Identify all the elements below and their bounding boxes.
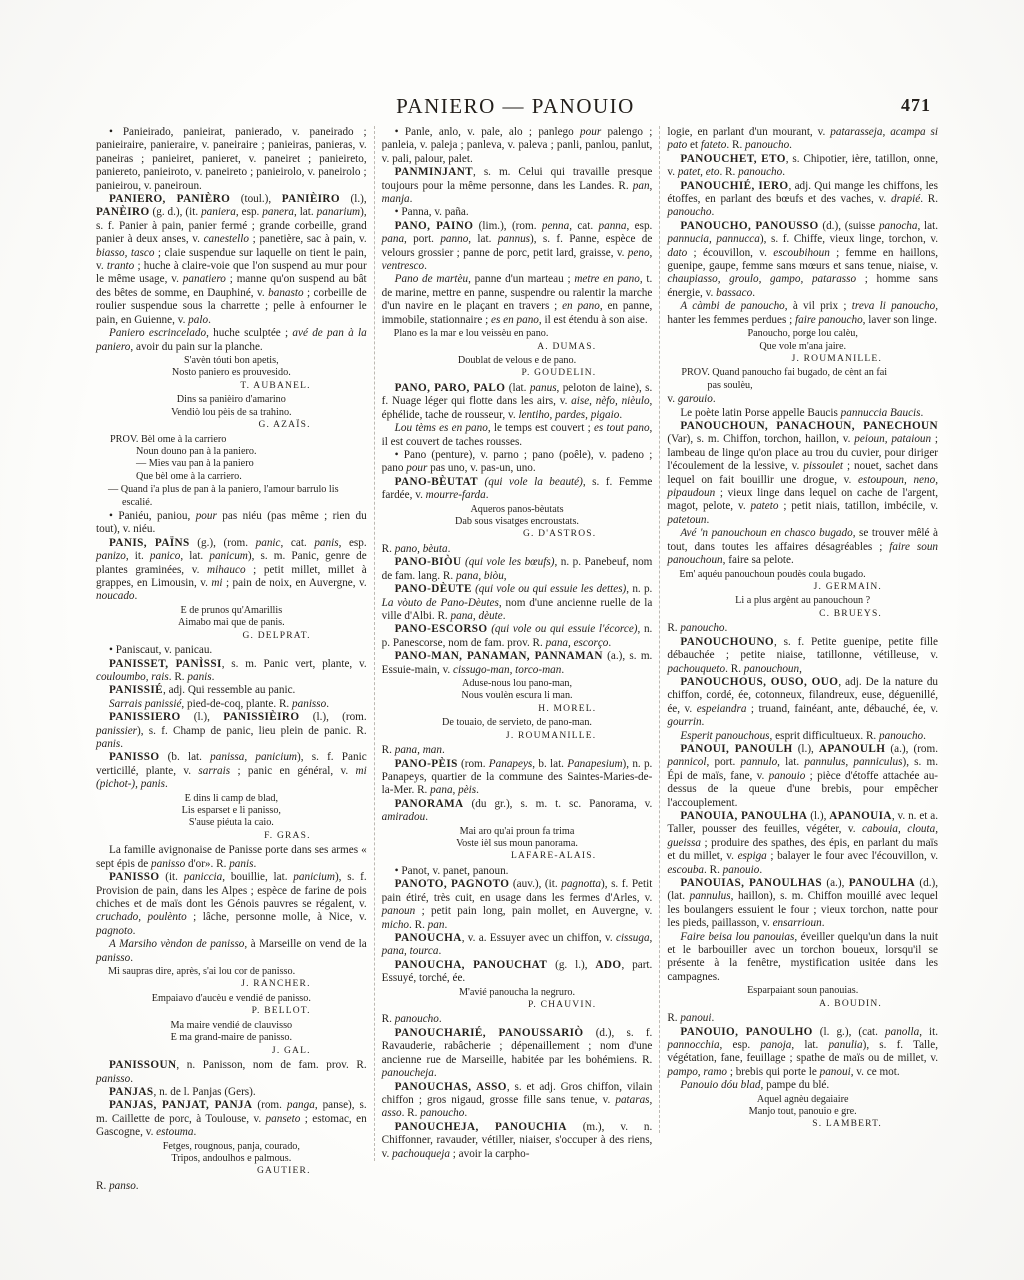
dictionary-entry: PANJAS, PANJAT, PANJA (rom. panga, panse… xyxy=(96,1099,367,1139)
dictionary-entry: PANOUCHA, PANOUCHAT (g. l.), ADO, part. … xyxy=(382,959,653,986)
proverb: Plano es la mar e lou veissèu en pano. xyxy=(382,328,653,340)
paragraph: logie, en parlant d'un mourant, v. patar… xyxy=(667,126,938,153)
dictionary-entry: PANOUIO, PANOULHO (l. g.), (cat. panolla… xyxy=(667,1026,938,1080)
dictionary-entry: PANISSO (b. lat. panissa, panicium), s. … xyxy=(96,751,367,791)
dictionary-entry: La famille avignonaise de Panisse porte … xyxy=(96,844,367,871)
dictionary-entry: • Paniéu, paniou, pour pas niéu (pas mêm… xyxy=(96,510,367,537)
paragraph: R. panoucho. xyxy=(667,622,938,635)
verse-line: Dins sa panièiro d'amarino xyxy=(96,394,367,406)
verse-quote: E de prunos qu'AmarillisAimabo mai que d… xyxy=(96,605,367,630)
verse-line: Doublat de velous e de pano. xyxy=(382,355,653,367)
proverb: — Quand i'a plus de pan à la paniero, l'… xyxy=(96,484,367,509)
verse-line: Nosto paniero es prouvesido. xyxy=(96,367,367,379)
paragraph: v. garouio. xyxy=(667,393,938,406)
column-3: logie, en parlant d'un mourant, v. patar… xyxy=(659,126,938,1133)
verse-line: Lis esparset e li panisso, xyxy=(96,805,367,817)
verse-line: — Mies vau pan à la paniero xyxy=(110,458,367,470)
dictionary-entry: Paniero escrincelado, huche sculptée ; a… xyxy=(96,327,367,354)
verse-line: Tripos, andoulhos e palmous. xyxy=(96,1153,367,1165)
verse-line: Vendiò lou pèis de sa trahino. xyxy=(96,407,367,419)
dictionary-entry: • Panle, anlo, v. pale, alo ; panlego po… xyxy=(382,126,653,166)
attribution: J. RANCHER. xyxy=(96,979,367,991)
dictionary-entry: Avé 'n panouchoun en chasco bugado, se t… xyxy=(667,527,938,567)
verse-line: Panoucho, porge lou calèu, xyxy=(667,328,938,340)
attribution: G. D'ASTROS. xyxy=(382,529,653,541)
verse-line: Li a plus argènt au panouchoun ? xyxy=(667,595,938,607)
attribution: C. BRUEYS. xyxy=(667,609,938,621)
attribution: J. ROUMANILLE. xyxy=(667,354,938,366)
verse-quote: Mai aro qu'ai proun fa trimaVoste ièl su… xyxy=(382,826,653,851)
verse-line: Que bèl ome à la carriero. xyxy=(110,471,367,483)
column-1: • Panieirado, panieirat, panierado, v. p… xyxy=(96,126,367,1193)
attribution: F. GRAS. xyxy=(96,831,367,843)
verse-quote: Empaiavo d'aucèu e vendié de panisso. xyxy=(96,993,367,1005)
dictionary-entry: • Panna, v. paña. xyxy=(382,206,653,219)
running-head: PANIERO — PANOUIO 471 xyxy=(96,94,935,118)
verse-line: De touaio, de servieto, de pano-man. xyxy=(382,717,653,729)
verse-line: Voste ièl sus moun panorama. xyxy=(382,838,653,850)
page-title: PANIERO — PANOUIO xyxy=(96,94,935,119)
dictionary-entry: A càmbi de panoucho, à vil prix ; treva … xyxy=(667,300,938,327)
paragraph: R. pana, man. xyxy=(382,744,653,757)
verse-line: E ma grand-maire de panisso. xyxy=(96,1032,367,1044)
dictionary-entry: • Panot, v. panet, panoun. xyxy=(382,865,653,878)
dictionary-entry: PANOUCHAS, ASSO, s. et adj. Gros chiffon… xyxy=(382,1081,653,1121)
dictionary-entry: PANOUCHIÉ, IERO, adj. Qui mange les chif… xyxy=(667,180,938,220)
page-number: 471 xyxy=(901,95,931,116)
dictionary-entry: PANOUIAS, PANOULHAS (a.), PANOULHA (d.),… xyxy=(667,877,938,931)
attribution: LAFARE-ALAIS. xyxy=(382,851,653,863)
dictionary-entry: PANOUI, PANOULH (l.), APANOULH (a.), (ro… xyxy=(667,743,938,810)
verse-line: Noun douno pan à la paniero. xyxy=(110,446,367,458)
dictionary-entry: PANOTO, PAGNOTO (auv.), (it. pagnotta), … xyxy=(382,878,653,932)
dictionary-entry: PANOUCHOUN, PANACHOUN, PANECHOUN (Var), … xyxy=(667,420,938,527)
verse-quote: Aqueros panos-bèutatsDab sous visatges e… xyxy=(382,504,653,529)
dictionary-entry: PANOUIA, PANOULHA (l.), APANOUIA, v. n. … xyxy=(667,810,938,877)
dictionary-entry: PANOUCHOUS, OUSO, OUO, adj. De la nature… xyxy=(667,676,938,730)
dictionary-entry: PANIS, PAÏNS (g.), (rom. panic, cat. pan… xyxy=(96,537,367,604)
column-2: • Panle, anlo, v. pale, alo ; panlego po… xyxy=(374,126,653,1161)
attribution: J. GERMAIN. xyxy=(667,582,938,594)
verse-line: Aduse-nous lou pano-man, xyxy=(382,678,653,690)
proverb: Em' aquéu panouchoun poudès coula bugado… xyxy=(667,569,938,581)
verse-line: E dins li camp de blad, xyxy=(96,793,367,805)
verse-quote: S'avèn tóuti bon apetis,Nosto paniero es… xyxy=(96,355,367,380)
dictionary-entry: PANISSET, PANÌSSI, s. m. Panic vert, pla… xyxy=(96,658,367,685)
dictionary-entry: Lou tèms es en pano, le temps est couver… xyxy=(382,422,653,449)
text-columns: • Panieirado, panieirat, panierado, v. p… xyxy=(96,126,938,1193)
verse-line: M'avié panoucha la negruro. xyxy=(382,987,653,999)
attribution: T. AUBANEL. xyxy=(96,381,367,393)
dictionary-entry: Le poète latin Porse appelle Baucis pann… xyxy=(667,407,938,420)
proverb-quote: PROV. Bèl ome à la carrieroNoun douno pa… xyxy=(96,434,367,484)
paragraph: R. panso. xyxy=(96,1180,367,1193)
verse-line: Mai aro qu'ai proun fa trima xyxy=(382,826,653,838)
dictionary-entry: Sarrais panissié, pied-de-coq, plante. R… xyxy=(96,698,367,711)
dictionary-entry: PANO-BIÒU (qui vole les bœufs), n. p. Pa… xyxy=(382,556,653,583)
verse-quote: Aquel agnèu degaiaireManjo tout, panouio… xyxy=(667,1094,938,1119)
verse-line: pas soulèu, xyxy=(681,380,938,392)
verse-line: Fetges, rougnous, panja, courado, xyxy=(96,1141,367,1153)
verse-line: E de prunos qu'Amarillis xyxy=(96,605,367,617)
dictionary-entry: Panouio dóu blad, pampe du blé. xyxy=(667,1079,938,1092)
dictionary-entry: PANISSOUN, n. Panisson, nom de fam. prov… xyxy=(96,1059,367,1086)
dictionary-entry: PANO-BÈUTAT (qui vole la beauté), s. f. … xyxy=(382,476,653,503)
paragraph: R. panoucho. xyxy=(382,1013,653,1026)
verse-quote: Esparpaiant soun panouias. xyxy=(667,985,938,997)
dictionary-entry: PANO, PAINO (lim.), (rom. penna, cat. pa… xyxy=(382,220,653,274)
verse-line: Aqueros panos-bèutats xyxy=(382,504,653,516)
attribution: GAUTIER. xyxy=(96,1166,367,1178)
verse-line: Aquel agnèu degaiaire xyxy=(667,1094,938,1106)
dictionary-entry: PANOUCHA, v. a. Essuyer avec un chiffon,… xyxy=(382,932,653,959)
dictionary-entry: PANO, PARO, PALO (lat. panus, peloton de… xyxy=(382,382,653,422)
dictionary-entry: PANO-ESCORSO (qui vole ou qui essuie l'é… xyxy=(382,623,653,650)
verse-quote: Li a plus argènt au panouchoun ? xyxy=(667,595,938,607)
proverb-quote: PROV. Quand panoucho fai bugado, de cènt… xyxy=(667,367,938,392)
verse-quote: Dins sa panièiro d'amarinoVendiò lou pèi… xyxy=(96,394,367,419)
verse-line: Que vole m'ana jaire. xyxy=(667,341,938,353)
attribution: G. AZAÏS. xyxy=(96,420,367,432)
attribution: S. LAMBERT. xyxy=(667,1119,938,1131)
dictionary-entry: PANOUCHOUNO, s. f. Petite guenipe, petit… xyxy=(667,636,938,676)
dictionary-entry: PANO-MAN, PANAMAN, PANNAMAN (a.), s. m. … xyxy=(382,650,653,677)
dictionary-entry: PANISSO (it. paniccia, bouillie, lat. pa… xyxy=(96,871,367,938)
verse-line: Nous voulèn escura li man. xyxy=(382,690,653,702)
attribution: A. BOUDIN. xyxy=(667,999,938,1011)
dictionary-entry: PANMINJANT, s. m. Celui qui travaille pr… xyxy=(382,166,653,206)
dictionary-entry: PANO-DÈUTE (qui vole ou qui essuie les d… xyxy=(382,583,653,623)
attribution: J. ROUMANILLE. xyxy=(382,731,653,743)
verse-quote: Ma maire vendié de clauvissoE ma grand-m… xyxy=(96,1020,367,1045)
dictionary-entry: A Marsiho vèndon de panisso, à Marseille… xyxy=(96,938,367,965)
attribution: H. MOREL. xyxy=(382,704,653,716)
verse-quote: E dins li camp de blad,Lis esparset e li… xyxy=(96,793,367,830)
dictionary-entry: • Paniscaut, v. panicau. xyxy=(96,644,367,657)
verse-quote: Fetges, rougnous, panja, courado,Tripos,… xyxy=(96,1141,367,1166)
attribution: G. DELPRAT. xyxy=(96,631,367,643)
attribution: P. CHAUVIN. xyxy=(382,1000,653,1012)
paragraph: R. pano, bèuta. xyxy=(382,543,653,556)
dictionary-entry: PANOUCHET, ETO, s. Chipotier, ière, tati… xyxy=(667,153,938,180)
dictionary-entry: • Panieirado, panieirat, panierado, v. p… xyxy=(96,126,367,193)
dictionary-entry: PANOUCHO, PANOUSSO (d.), (suisse panocha… xyxy=(667,220,938,300)
attribution: P. GOUDELIN. xyxy=(382,368,653,380)
dictionary-entry: Pano de martèu, panne d'un marteau ; met… xyxy=(382,273,653,327)
dictionary-entry: Faire beisa lou panouias, éveiller quelq… xyxy=(667,931,938,985)
dictionary-entry: PANORAMA (du gr.), s. m. t. sc. Panorama… xyxy=(382,798,653,825)
verse-quote: Panoucho, porge lou calèu,Que vole m'ana… xyxy=(667,328,938,353)
verse-line: PROV. Quand panoucho fai bugado, de cènt… xyxy=(681,367,938,379)
verse-quote: Doublat de velous e de pano. xyxy=(382,355,653,367)
verse-line: S'avèn tóuti bon apetis, xyxy=(96,355,367,367)
dictionary-entry: PANISSIÉ, adj. Qui ressemble au panic. xyxy=(96,684,367,697)
verse-line: Esparpaiant soun panouias. xyxy=(667,985,938,997)
verse-quote: M'avié panoucha la negruro. xyxy=(382,987,653,999)
verse-line: Ma maire vendié de clauvisso xyxy=(96,1020,367,1032)
dictionary-entry: PANO-PÈIS (rom. Panapeys, b. lat. Panape… xyxy=(382,758,653,798)
verse-quote: De touaio, de servieto, de pano-man. xyxy=(382,717,653,729)
dictionary-entry: • Pano (penture), v. parno ; pano (poêle… xyxy=(382,449,653,476)
attribution: J. GAL. xyxy=(96,1046,367,1058)
attribution: P. BELLOT. xyxy=(96,1006,367,1018)
proverb: Mi saupras dire, après, s'ai lou cor de … xyxy=(96,966,367,978)
verse-line: Manjo tout, panouio e gre. xyxy=(667,1106,938,1118)
attribution: A. DUMAS. xyxy=(382,342,653,354)
dictionary-entry: Esperit panouchous, esprit difficultueux… xyxy=(667,730,938,743)
dictionary-entry: PANOUCHARIÉ, PANOUSSARIÒ (d.), s. f. Rav… xyxy=(382,1027,653,1081)
dictionary-entry: PANIERO, PANIÈRO (toul.), PANIÈIRO (l.),… xyxy=(96,193,367,327)
scanned-dictionary-page: PANIERO — PANOUIO 471 • Panieirado, pani… xyxy=(0,0,1024,1280)
dictionary-entry: PANJAS, n. de l. Panjas (Gers). xyxy=(96,1086,367,1099)
verse-line: S'ause piéuta la caio. xyxy=(96,817,367,829)
verse-line: PROV. Bèl ome à la carriero xyxy=(110,434,367,446)
dictionary-entry: PANISSIERO (l.), PANISSIÈIRO (l.), (rom.… xyxy=(96,711,367,751)
dictionary-entry: PANOUCHEJA, PANOUCHIA (m.), v. n. Chiffo… xyxy=(382,1121,653,1161)
verse-quote: Aduse-nous lou pano-man,Nous voulèn escu… xyxy=(382,678,653,703)
verse-line: Aimabo mai que de panis. xyxy=(96,617,367,629)
paragraph: R. panoui. xyxy=(667,1012,938,1025)
verse-line: Dab sous visatges encroustats. xyxy=(382,516,653,528)
verse-line: Empaiavo d'aucèu e vendié de panisso. xyxy=(96,993,367,1005)
